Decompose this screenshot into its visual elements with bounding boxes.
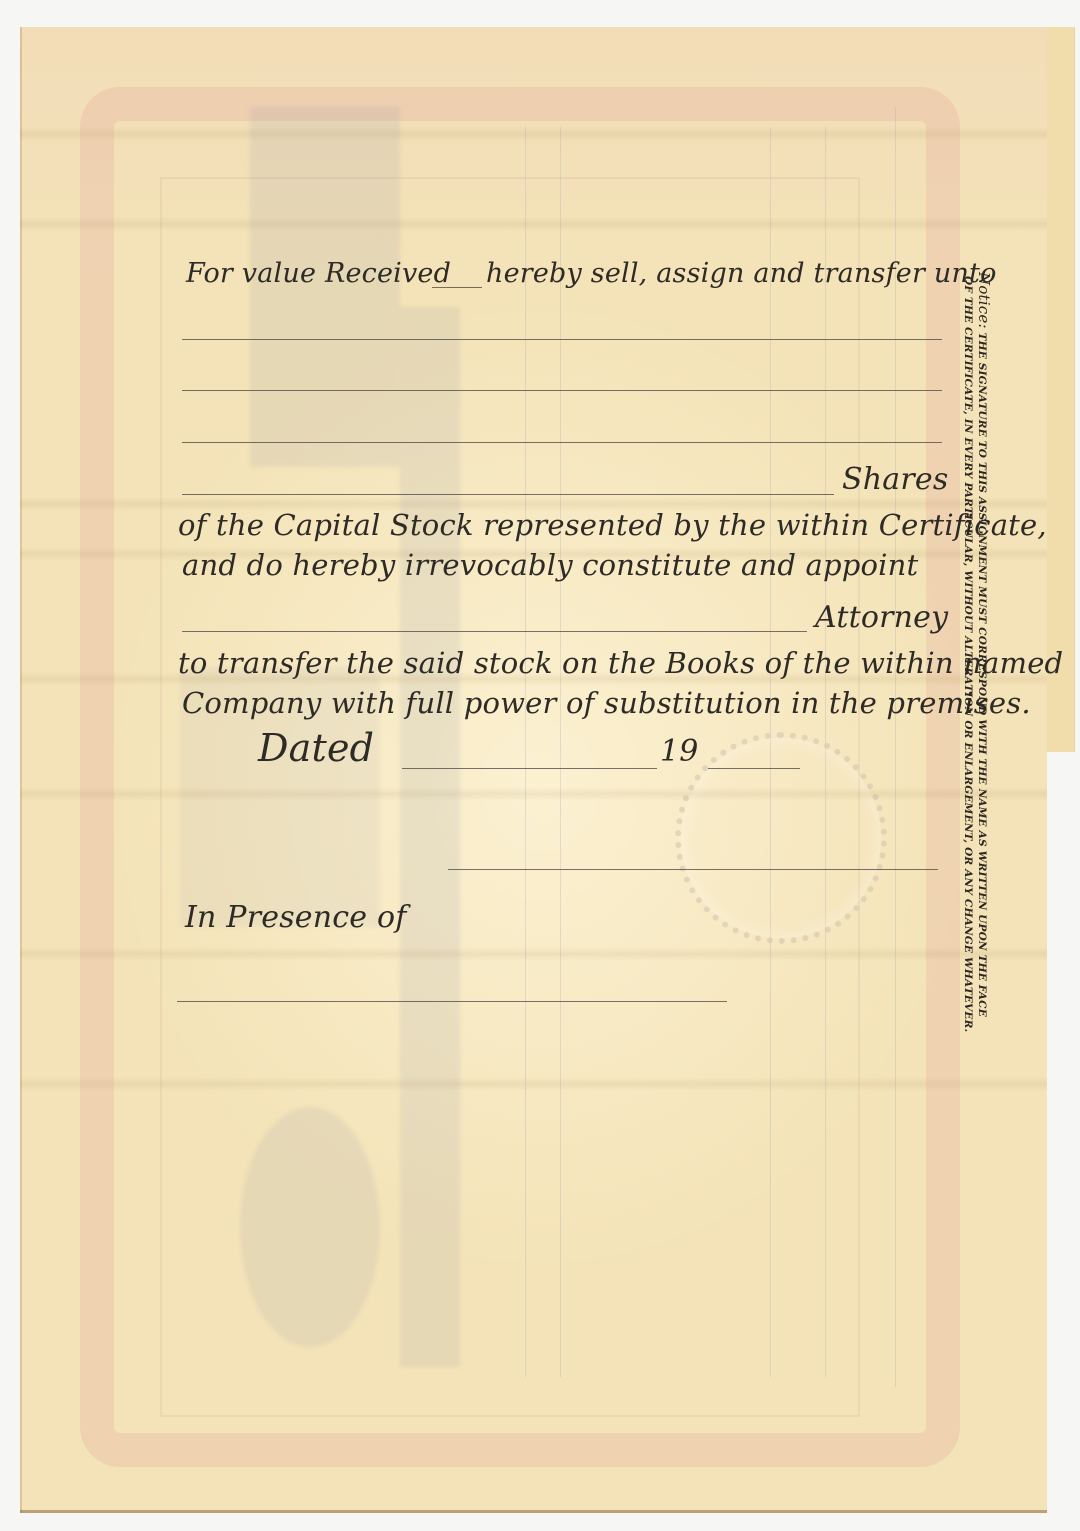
signature-notice: Notice: THE SIGNATURE TO THIS ASSIGNMENT… [961, 272, 991, 992]
assignee-line-2[interactable] [182, 390, 942, 391]
appoint-text: and do hereby irrevocably constitute and… [182, 548, 918, 582]
assign-transfer-text: hereby sell, assign and transfer unto [486, 258, 997, 289]
notice-line-2: OF THE CERTIFICATE, IN EVERY PARTICULAR,… [961, 272, 975, 992]
witness-signature-line[interactable] [177, 1001, 727, 1002]
company-text: Company with full power of substitution … [182, 686, 1031, 720]
assignee-line-1[interactable] [182, 339, 942, 340]
shares-label: Shares [842, 462, 948, 497]
shares-count-line[interactable] [182, 494, 834, 495]
assignor-name-line[interactable] [432, 287, 482, 288]
bleed-through-vignette-lower [240, 1107, 380, 1347]
embossed-seal [675, 732, 887, 944]
year-prefix: 19 [660, 734, 699, 769]
dated-label: Dated [258, 726, 374, 770]
certificate-paper [20, 27, 1047, 1513]
year-line[interactable] [708, 768, 800, 769]
capital-stock-text: of the Capital Stock represented by the … [178, 508, 1047, 542]
in-presence-of-label: In Presence of [185, 900, 407, 935]
notice-lead: Notice: [975, 272, 993, 329]
attorney-label: Attorney [815, 600, 948, 635]
assignee-line-3[interactable] [182, 442, 942, 443]
attorney-name-line[interactable] [182, 631, 807, 632]
for-value-received-text: For value Received [186, 258, 451, 289]
notice-line-1: THE SIGNATURE TO THIS ASSIGNMENT MUST CO… [976, 333, 988, 1017]
signature-line[interactable] [448, 869, 938, 870]
bleed-through-title-text [400, 307, 460, 1367]
transfer-text: to transfer the said stock on the Books … [178, 646, 1063, 680]
date-line[interactable] [402, 768, 657, 769]
document-scan: For value Received hereby sell, assign a… [0, 0, 1080, 1531]
